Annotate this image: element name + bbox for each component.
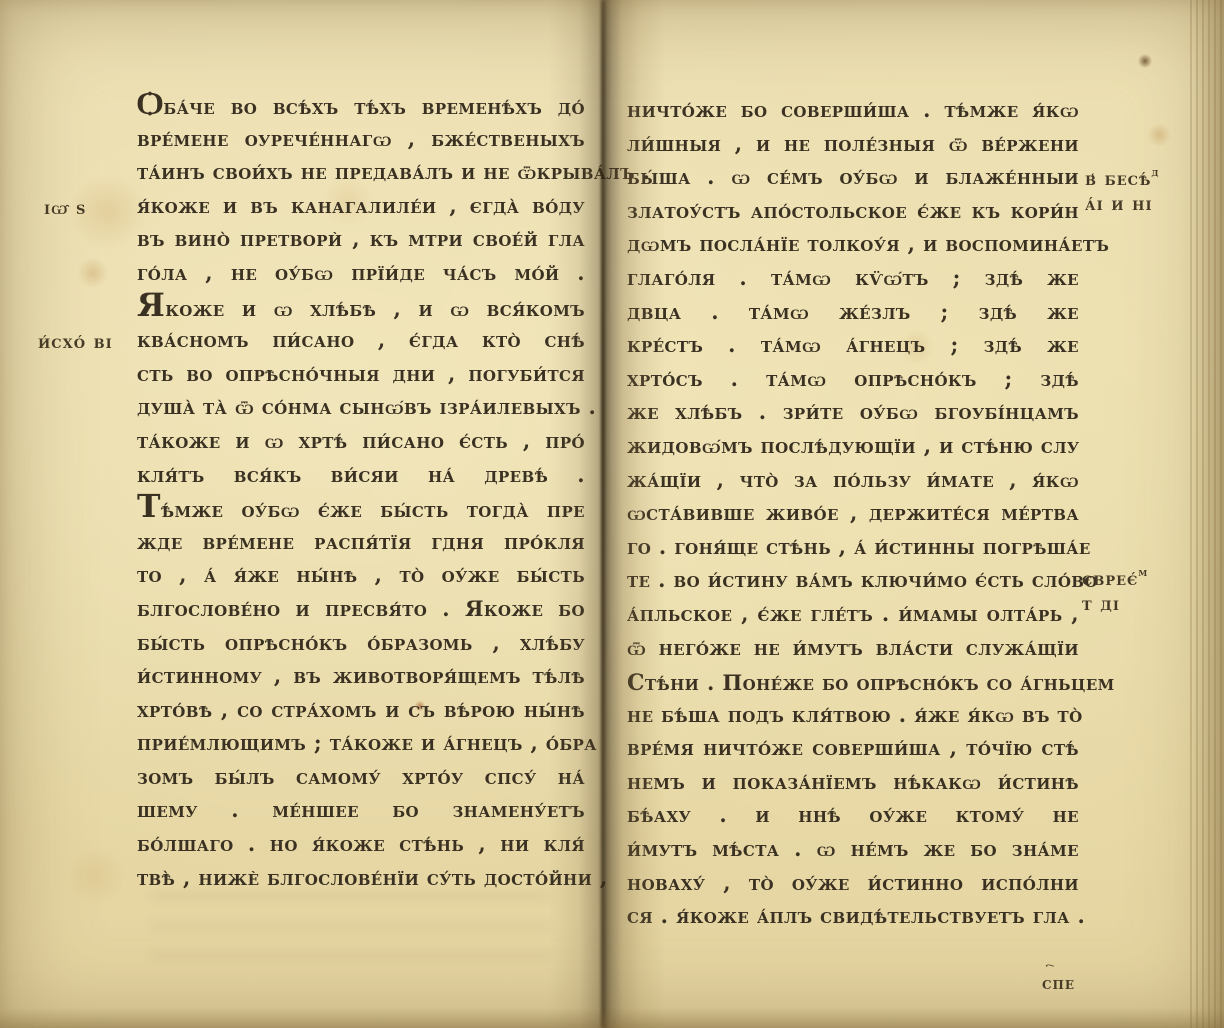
- text-line: ли́шныя , и не поле́зныя ѿ ве́ржени: [627, 131, 1079, 165]
- text-line: го . гоня́ще стѣ́нь , а́ и́стинны погрѣш…: [627, 534, 1079, 568]
- text-line: вре́мя ничто́же соверши́ша , то́чїю стѣ́: [627, 735, 1079, 769]
- bottom-page-edge: [0, 1008, 1224, 1028]
- ink-speck: [1138, 54, 1152, 68]
- text-line: дѡмъ посла́нїе толкоу́я , и воспомина́ет…: [627, 231, 1079, 265]
- text-line: бѣ́аху . и ннѣ́ оу́же ктому́ не: [627, 802, 1079, 836]
- text-line: же хлѣ́бъ . зри́те оу́бѡ бгоубі́нцамъ: [627, 399, 1079, 433]
- text-line: а́пльское , є́же гле́тъ . и́мамы олта́рь…: [627, 601, 1079, 635]
- left-page-text: Ѻба́че во всѣ́хъ тѣ́хъ временѣ́хъ до́ вр…: [137, 92, 585, 898]
- margin-reference-exodus: и́схо́ ві: [38, 330, 113, 355]
- text-line: ѿ него́же не и́мутъ вла́сти служа́щїи: [627, 635, 1079, 669]
- text-line: Тѣ́мже оу́бѡ є́же бы́сть тогда̀ пре: [137, 495, 585, 529]
- text-line: ничто́же бо соверши́ша . тѣ́мже я́кѡ: [627, 97, 1079, 131]
- text-line: блгослове́но и пресвя́то . Якоже бо: [137, 596, 585, 630]
- text-line: прие́млющимъ ; та́коже и а́гнецъ , о́бра: [137, 730, 585, 764]
- text-line: хрто́вѣ , со стра́хомъ и съ вѣ́рою ны́нѣ: [137, 697, 585, 731]
- text-line: бы́ша . ѡ се́мъ оу́бѡ и блаже́нныи: [627, 164, 1079, 198]
- text-line: не бѣ́ша подъ кля́твою . я́же я́кѡ въ то…: [627, 702, 1079, 736]
- text-line: твѣ̀ , нижѐ блгослове́нїи су́ть досто́йн…: [137, 865, 585, 899]
- text-line: та́инъ свои́хъ не предава́лъ и не ѿкрыва…: [137, 159, 585, 193]
- text-line: вре́мене оурече́ннагѡ , бже́ственыхъ: [137, 126, 585, 160]
- text-line: Ѻба́че во всѣ́хъ тѣ́хъ временѣ́хъ до́: [137, 92, 585, 126]
- text-line: въ вино̀ претворѝ , къ мтри свое́й гла: [137, 226, 585, 260]
- text-line: ква́сномъ пи́сано , є́гда кто̀ снѣ́: [137, 327, 585, 361]
- text-line: и́мутъ мѣ́ста . ѡ не́мъ же бо зна́ме: [627, 836, 1079, 870]
- text-line: хрто́съ . та́мѡ опрѣсно́къ ; здѣ́: [627, 366, 1079, 400]
- fore-edge-pages: [1190, 0, 1224, 1028]
- foxing-stain: [60, 850, 130, 902]
- text-line: ѡста́вивше живо́е , держите́ся ме́ртва: [627, 500, 1079, 534]
- text-line: и́стинному , въ животворя́щемъ тѣ́лѣ: [137, 663, 585, 697]
- text-line: стѣ́ни . Поне́же бо опрѣсно́къ со а́гньц…: [627, 668, 1079, 702]
- text-line: шему . ме́ншее бо знамену́етъ: [137, 797, 585, 831]
- margin-reference-john: іѡ̑ ѕ: [44, 196, 86, 221]
- right-page-text: ничто́же бо соверши́ша . тѣ́мже я́кѡ ли́…: [627, 97, 1079, 937]
- verso-show-through: [150, 892, 550, 982]
- text-line: бо́лшаго . но я́коже стѣ́нь , ни кля́: [137, 831, 585, 865]
- text-line: жидовѡ́мъ послѣ́дующїи , и стѣ́ню слу: [627, 433, 1079, 467]
- text-line: го́ла , не оу́бѡ прїи́де ча́съ мо́й .: [137, 260, 585, 294]
- text-line: двца . та́мѡ же́злъ ; здѣ́ же: [627, 299, 1079, 333]
- text-line: сть во опрѣсно́чныя дни , погуби́тся: [137, 361, 585, 395]
- text-line: немъ и показа́нїемъ нѣ́какѡ и́стинѣ: [627, 769, 1079, 803]
- text-line: душа̀ та̀ ѿ со́нма сынѡ́въ ізра́илевыхъ …: [137, 394, 585, 428]
- book-scan: Ѻба́че во всѣ́хъ тѣ́хъ временѣ́хъ до́ вр…: [0, 0, 1224, 1028]
- text-line: златоу́стъ апо́стольское є́же къ кори́н: [627, 198, 1079, 232]
- text-line: Якоже и ѡ хлѣ́бѣ , и ѡ вся́комъ: [137, 294, 585, 328]
- margin-reference-homily: в̾ бесѣ́д а́і и ні: [1085, 160, 1159, 217]
- text-line: глаго́ля . та́мѡ кѵ̈ѡ́тъ ; здѣ́ же: [627, 265, 1079, 299]
- text-line: то , а́ я́же ны́нѣ , то̀ оу́же бы́сть: [137, 562, 585, 596]
- quire-signature: спе: [1042, 974, 1075, 994]
- foxing-stain: [1146, 124, 1172, 146]
- text-line: новаху́ , то̀ оу́же и́стинно испо́лни: [627, 870, 1079, 904]
- text-line: я́коже и въ канагалиле́и , єгда̀ во́ду: [137, 193, 585, 227]
- text-line: та́коже и ѡ хртѣ́ пи́сано є́сть , про́: [137, 428, 585, 462]
- text-line: те . во и́стину ва́мъ ключи́мо є́сть сло…: [627, 567, 1079, 601]
- text-line: бы́сть опрѣсно́къ о́бразомь , хлѣ́бу: [137, 630, 585, 664]
- foxing-stain: [76, 258, 110, 288]
- text-line: кре́стъ . та́мѡ а́гнецъ ; здѣ́ же: [627, 332, 1079, 366]
- text-line: ся . я́коже а́плъ свидѣ́тельствуетъ гла …: [627, 903, 1079, 937]
- text-line: жа́щїи , что̀ за по́льзу и́мате , я́кѡ: [627, 467, 1079, 501]
- text-line: зомъ бы́лъ самому́ хрто́у спсу́ на́: [137, 764, 585, 798]
- text-line: кля́тъ вся́къ ви́сяи на́ древѣ́ .: [137, 462, 585, 496]
- text-line: жде вре́мене распя́тїя гдня про́кля: [137, 529, 585, 563]
- margin-reference-hebrews: євреє́м т ді: [1082, 560, 1147, 617]
